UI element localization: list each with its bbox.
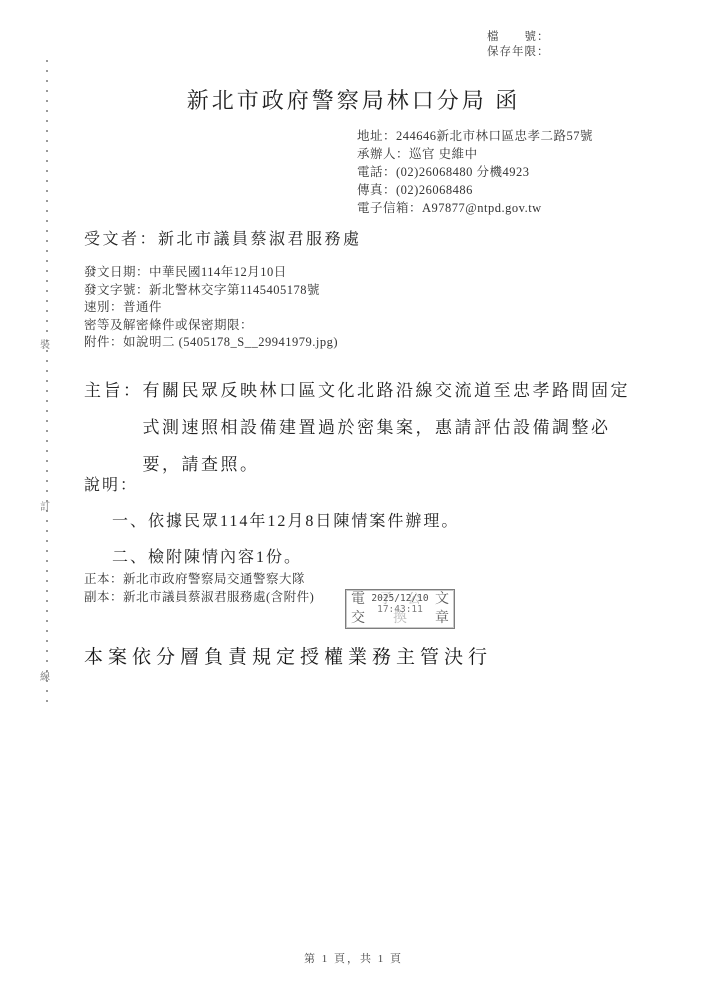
delivery-speed: 速別：普通件 (84, 299, 338, 317)
fax-number: 傳真：(02)26068486 (357, 181, 593, 199)
stamp-time: 17:43:11 (346, 604, 454, 615)
issue-date: 發文日期：中華民國114年12月10日 (84, 264, 338, 282)
subject-line: 有關民眾反映林口區文化北路沿線交流道至忠孝路間固定 (143, 372, 631, 409)
retention-period-label: 保存年限： (487, 45, 550, 60)
description-item-1: 一、依據民眾114年12月8日陳情案件辦理。 (112, 504, 459, 540)
cc-copy-line: 副本：新北市議員蔡淑君服務處(含附件) (84, 589, 314, 607)
subject-label: 主旨： (84, 372, 143, 409)
official-letter-page: 裝 訂 線 檔 號： 保存年限： 新北市政府警察局林口分局 函 地址：24464… (0, 0, 707, 1000)
stamp-date: 2025/12/10 (346, 593, 454, 604)
electronic-exchange-stamp: 電 子 公 文 交 換 章 2025/12/10 17:43:11 (345, 589, 455, 629)
binding-mark-ding: 訂 (40, 503, 50, 513)
description-items: 一、依據民眾114年12月8日陳情案件辦理。 二、檢附陳情內容1份。 (112, 504, 459, 576)
subject-block: 主旨： 有關民眾反映林口區文化北路沿線交流道至忠孝路間固定 式測速照相設備建置過… (84, 372, 630, 483)
binding-mark-zhuang: 裝 (40, 341, 50, 351)
document-number: 發文字號：新北警林交字第1145405178號 (84, 282, 338, 300)
case-officer: 承辦人：巡官 史維中 (357, 145, 593, 163)
page-number-footer: 第 1 頁，共 1 頁 (0, 950, 707, 966)
document-meta-block: 發文日期：中華民國114年12月10日 發文字號：新北警林交字第11454051… (84, 264, 338, 352)
file-header: 檔 號： 保存年限： (487, 30, 550, 60)
agency-contact-block: 地址：244646新北市林口區忠孝二路57號 承辦人：巡官 史維中 電話：(02… (357, 127, 593, 217)
subject-line: 要，請查照。 (143, 446, 631, 483)
recipient-line: 受文者：新北市議員蔡淑君服務處 (84, 226, 362, 249)
email-address: 電子信箱：A97877@ntpd.gov.tw (357, 199, 593, 217)
file-number-label: 檔 號： (487, 30, 550, 45)
document-title: 新北市政府警察局林口分局 函 (0, 84, 707, 115)
binding-mark-xian: 線 (40, 673, 50, 683)
stamp-datetime: 2025/12/10 17:43:11 (346, 593, 454, 615)
attachment-line: 附件：如說明二 (5405178_S__29941979.jpg) (84, 334, 338, 352)
original-copy-line: 正本：新北市政府警察局交通警察大隊 (84, 571, 314, 589)
binding-dotted-line (46, 60, 48, 702)
copies-block: 正本：新北市政府警察局交通警察大隊 副本：新北市議員蔡淑君服務處(含附件) (84, 571, 314, 606)
security-classification: 密等及解密條件或保密期限： (84, 317, 338, 335)
agency-address: 地址：244646新北市林口區忠孝二路57號 (357, 127, 593, 145)
delegation-statement: 本案依分層負責規定授權業務主管決行 (84, 642, 492, 669)
subject-line: 式測速照相設備建置過於密集案，惠請評估設備調整必 (143, 409, 631, 446)
subject-text: 有關民眾反映林口區文化北路沿線交流道至忠孝路間固定 式測速照相設備建置過於密集案… (143, 372, 631, 483)
phone-number: 電話：(02)26068480 分機4923 (357, 163, 593, 181)
description-label: 說明： (84, 472, 138, 495)
